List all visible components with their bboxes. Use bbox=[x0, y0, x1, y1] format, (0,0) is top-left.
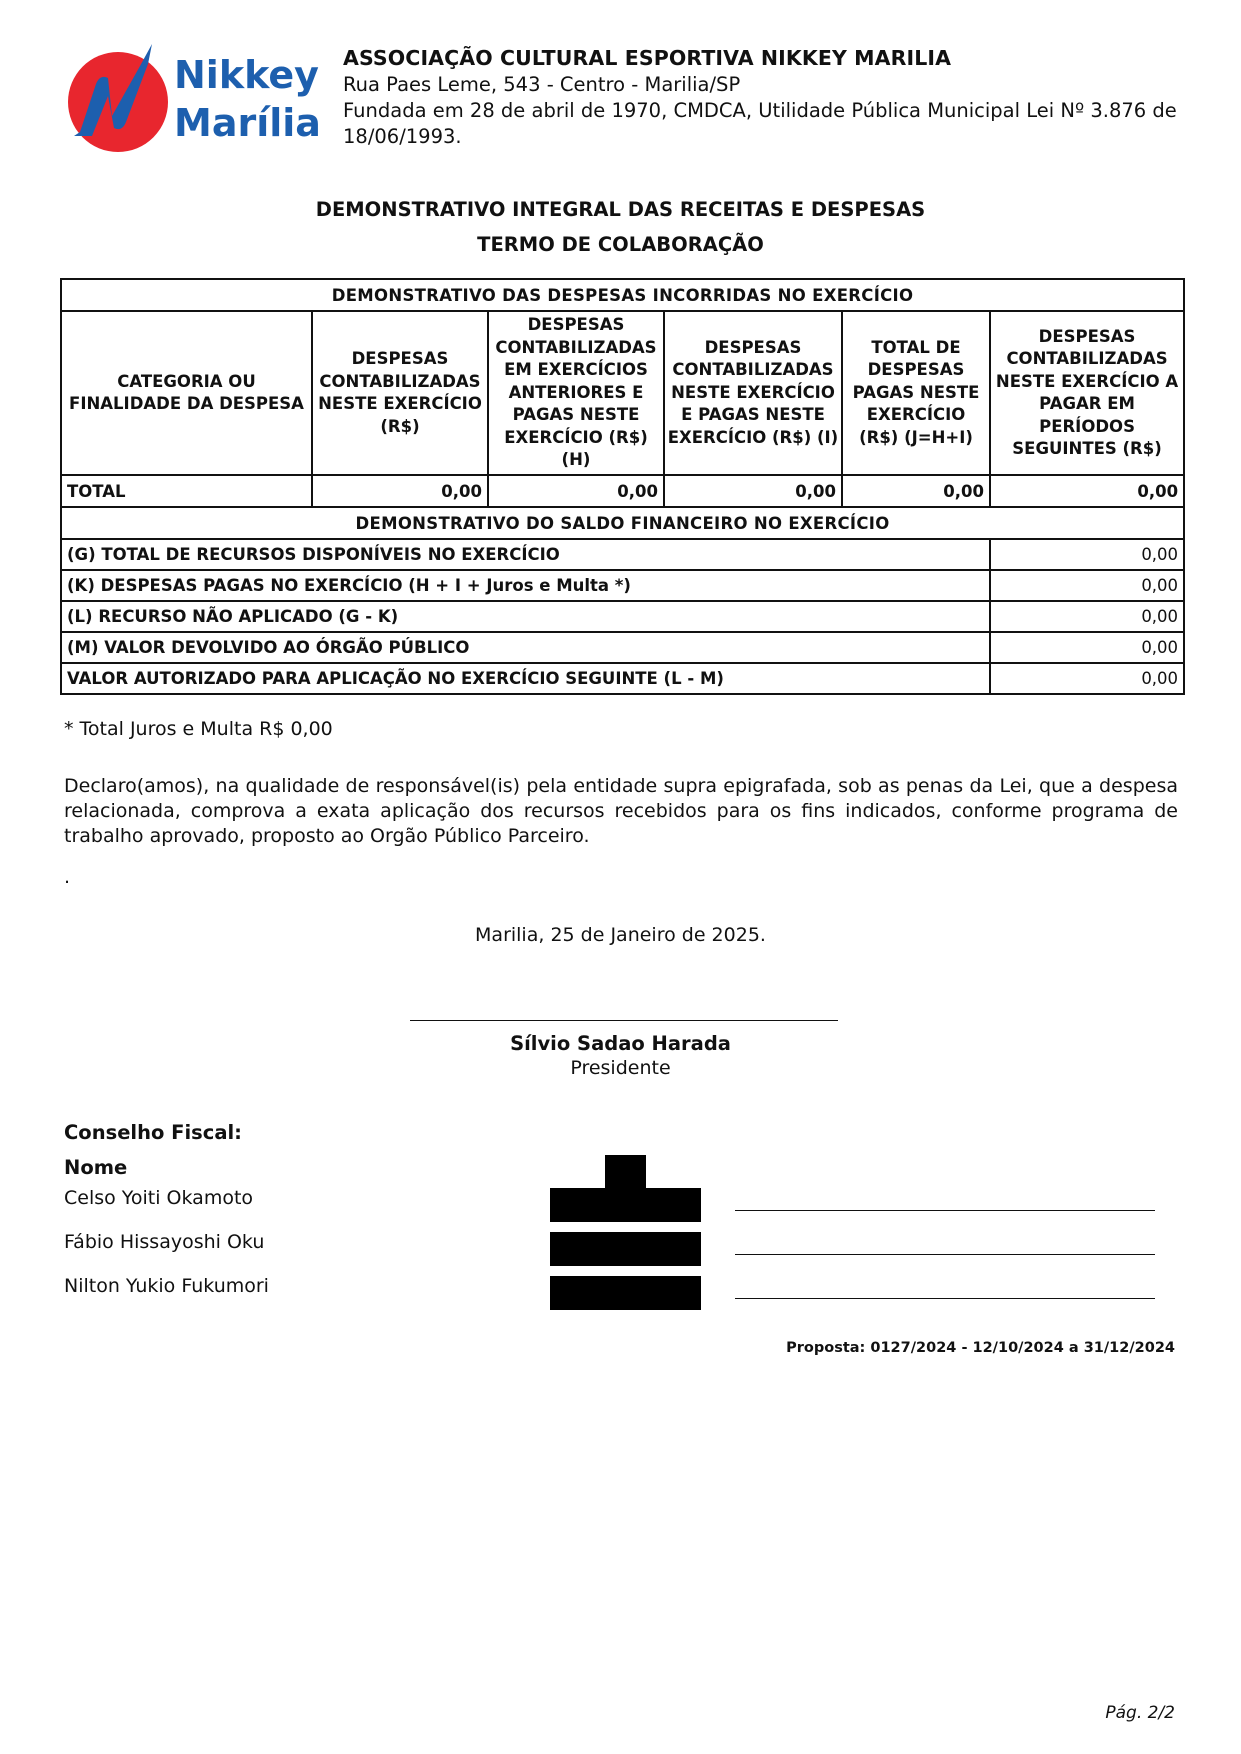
col-header-previous-paid-h: DESPESAS CONTABILIZADAS EM EXERCÍCIOS AN… bbox=[488, 311, 664, 475]
table-row-balance-l: (L) RECURSO NÃO APLICADO (G - K) 0,00 bbox=[61, 601, 1184, 632]
total-value-i: 0,00 bbox=[664, 475, 842, 507]
redaction-block bbox=[550, 1232, 701, 1266]
president-signature-line bbox=[410, 1020, 838, 1021]
fiscal-member-name: Fábio Hissayoshi Oku bbox=[64, 1231, 264, 1253]
logo-red-circle bbox=[68, 52, 168, 152]
interest-fine-footnote: * Total Juros e Multa R$ 0,00 bbox=[64, 718, 333, 740]
total-value-to-pay: 0,00 bbox=[990, 475, 1184, 507]
document-title: DEMONSTRATIVO INTEGRAL DAS RECEITAS E DE… bbox=[0, 198, 1241, 221]
expenses-and-balance-table: DEMONSTRATIVO DAS DESPESAS INCORRIDAS NO… bbox=[60, 278, 1185, 695]
table-row-balance-k: (K) DESPESAS PAGAS NO EXERCÍCIO (H + I +… bbox=[61, 570, 1184, 601]
col-header-total-paid-j: TOTAL DE DESPESAS PAGAS NESTE EXERCÍCIO … bbox=[842, 311, 990, 475]
balance-label: (L) RECURSO NÃO APLICADO (G - K) bbox=[61, 601, 990, 632]
declaration-paragraph: Declaro(amos), na qualidade de responsáv… bbox=[64, 774, 1178, 849]
page-number: Pág. 2/2 bbox=[1105, 1703, 1175, 1723]
stray-dot: . bbox=[64, 866, 70, 888]
balance-label: (G) TOTAL DE RECURSOS DISPONÍVEIS NO EXE… bbox=[61, 539, 990, 570]
redaction-block bbox=[605, 1155, 646, 1188]
balance-label: VALOR AUTORIZADO PARA APLICAÇÃO NO EXERC… bbox=[61, 663, 990, 694]
place-and-date: Marilia, 25 de Janeiro de 2025. bbox=[0, 924, 1241, 946]
table-row-total: TOTAL 0,00 0,00 0,00 0,00 0,00 bbox=[61, 475, 1184, 507]
nikkey-marilia-logo: Nikkey Marília bbox=[66, 44, 336, 154]
col-header-to-pay-later: DESPESAS CONTABILIZADAS NESTE EXERCÍCIO … bbox=[990, 311, 1184, 475]
organization-name: ASSOCIAÇÃO CULTURAL ESPORTIVA NIKKEY MAR… bbox=[343, 46, 951, 70]
balance-value: 0,00 bbox=[990, 663, 1184, 694]
fiscal-council-title: Conselho Fiscal: bbox=[64, 1121, 242, 1144]
expenses-header-row: CATEGORIA OU FINALIDADE DA DESPESA DESPE… bbox=[61, 311, 1184, 475]
president-role: Presidente bbox=[0, 1057, 1241, 1079]
balance-label: (M) VALOR DEVOLVIDO AO ÓRGÃO PÚBLICO bbox=[61, 632, 990, 663]
expenses-section-title: DEMONSTRATIVO DAS DESPESAS INCORRIDAS NO… bbox=[61, 279, 1184, 311]
balance-value: 0,00 bbox=[990, 539, 1184, 570]
fiscal-member-signature-line bbox=[735, 1254, 1155, 1255]
fiscal-member-signature-line bbox=[735, 1298, 1155, 1299]
table-row-balance-m: (M) VALOR DEVOLVIDO AO ÓRGÃO PÚBLICO 0,0… bbox=[61, 632, 1184, 663]
total-value-accounted: 0,00 bbox=[312, 475, 488, 507]
document-subtitle: TERMO DE COLABORAÇÃO bbox=[0, 233, 1241, 256]
balance-section-title: DEMONSTRATIVO DO SALDO FINANCEIRO NO EXE… bbox=[61, 507, 1184, 539]
col-header-accounted: DESPESAS CONTABILIZADAS NESTE EXERCÍCIO … bbox=[312, 311, 488, 475]
balance-label: (K) DESPESAS PAGAS NO EXERCÍCIO (H + I +… bbox=[61, 570, 990, 601]
redaction-block bbox=[550, 1188, 701, 1222]
president-name: Sílvio Sadao Harada bbox=[0, 1032, 1241, 1055]
proposal-reference: Proposta: 0127/2024 - 12/10/2024 a 31/12… bbox=[786, 1340, 1175, 1356]
balance-value: 0,00 bbox=[990, 601, 1184, 632]
total-value-h: 0,00 bbox=[488, 475, 664, 507]
logo-text-nikkey: Nikkey bbox=[174, 53, 319, 97]
redaction-block bbox=[550, 1276, 701, 1310]
organization-address: Rua Paes Leme, 543 - Centro - Marilia/SP bbox=[343, 72, 740, 98]
table-row-balance-authorized: VALOR AUTORIZADO PARA APLICAÇÃO NO EXERC… bbox=[61, 663, 1184, 694]
total-label: TOTAL bbox=[61, 475, 312, 507]
col-header-category: CATEGORIA OU FINALIDADE DA DESPESA bbox=[61, 311, 312, 475]
fiscal-council-name-header: Nome bbox=[64, 1156, 127, 1179]
col-header-current-paid-i: DESPESAS CONTABILIZADAS NESTE EXERCÍCIO … bbox=[664, 311, 842, 475]
balance-value: 0,00 bbox=[990, 570, 1184, 601]
organization-founding-info: Fundada em 28 de abril de 1970, CMDCA, U… bbox=[343, 98, 1183, 150]
fiscal-member-name: Celso Yoiti Okamoto bbox=[64, 1187, 253, 1209]
table-row-balance-g: (G) TOTAL DE RECURSOS DISPONÍVEIS NO EXE… bbox=[61, 539, 1184, 570]
fiscal-member-name: Nilton Yukio Fukumori bbox=[64, 1275, 269, 1297]
logo-text-marilia: Marília bbox=[174, 101, 321, 145]
total-value-j: 0,00 bbox=[842, 475, 990, 507]
balance-value: 0,00 bbox=[990, 632, 1184, 663]
fiscal-member-signature-line bbox=[735, 1210, 1155, 1211]
